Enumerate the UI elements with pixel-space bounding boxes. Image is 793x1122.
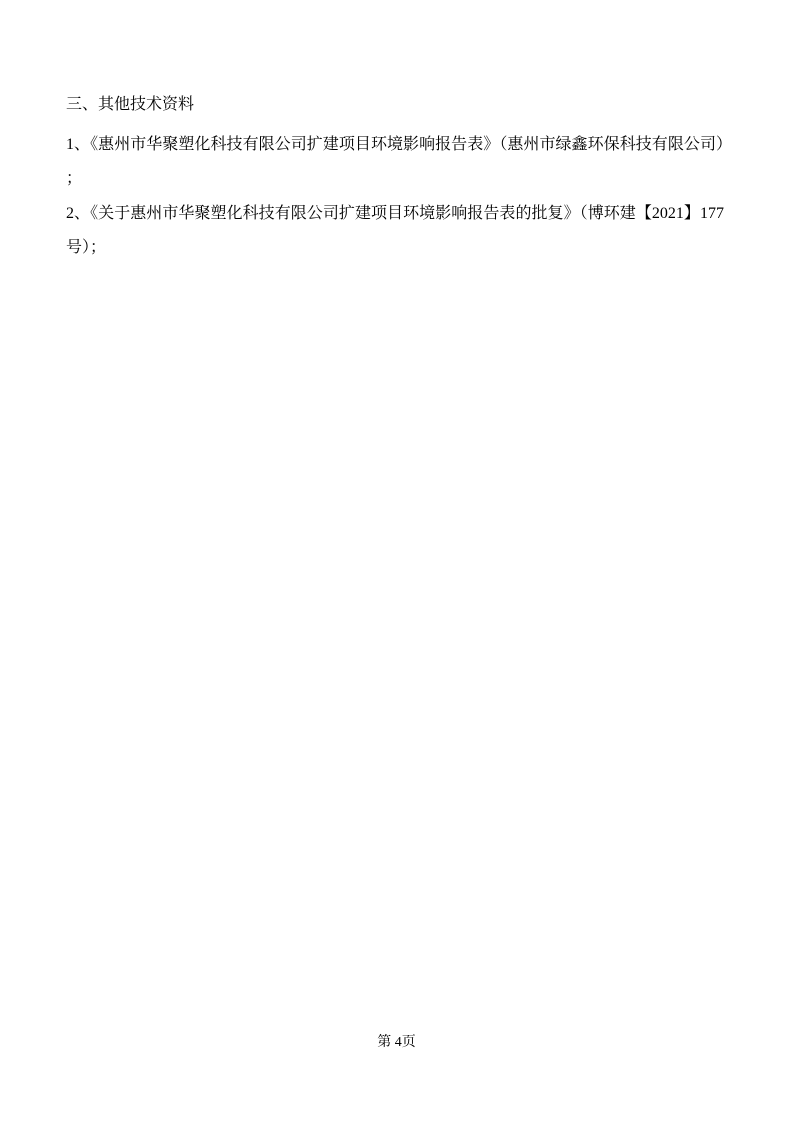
page-number: 第 4页 — [377, 1035, 416, 1050]
reference-item-1: 1、《惠州市华聚塑化科技有限公司扩建项目环境影响报告表》（惠州市绿鑫环保科技有限… — [66, 128, 724, 197]
document-page: 三、其他技术资料 1、《惠州市华聚塑化科技有限公司扩建项目环境影响报告表》（惠州… — [0, 0, 793, 1122]
section-heading: 三、其他技术资料 — [66, 88, 724, 123]
page-footer: 第 4页 — [0, 1033, 793, 1053]
document-body: 三、其他技术资料 1、《惠州市华聚塑化科技有限公司扩建项目环境影响报告表》（惠州… — [0, 0, 793, 266]
reference-item-2: 2、《关于惠州市华聚塑化科技有限公司扩建项目环境影响报告表的批复》（博环建【20… — [66, 197, 724, 266]
